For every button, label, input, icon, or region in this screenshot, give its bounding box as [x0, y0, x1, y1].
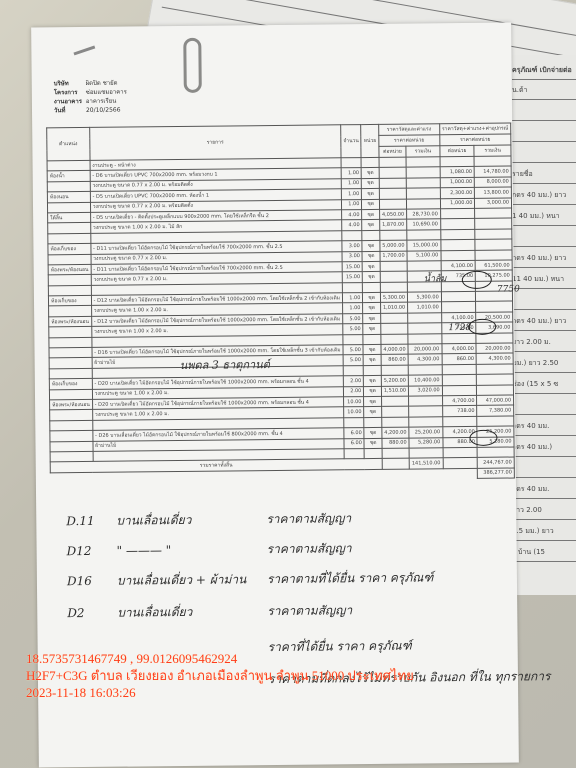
- cell-loc: [50, 441, 93, 452]
- cell-qty: 1.00: [341, 168, 361, 179]
- cell-unit: [363, 282, 381, 293]
- cell-a2: [409, 448, 443, 459]
- cell-loc: [47, 181, 90, 192]
- cell-b1: 2,300.00: [440, 188, 475, 199]
- cell-b1: [440, 219, 475, 230]
- side-row: กดร 40 มม.) ยาว: [512, 316, 576, 331]
- document-header: บริษัท ผิดปิด ชายัดโครงการ ซ่อมแซมอาคารง…: [54, 79, 127, 116]
- cell-b1: [441, 291, 476, 302]
- cell-a2: [406, 167, 440, 178]
- quotation-table: ตำแหน่ง รายการ จำนวน หน่วย ราคาวัสดุและค…: [46, 123, 515, 484]
- cell-loc: [49, 368, 92, 379]
- cell-qty: 6.00: [344, 428, 364, 439]
- paper-clip-icon: [183, 38, 202, 93]
- cell-unit: [364, 417, 382, 428]
- cell-loc: [50, 431, 93, 442]
- cell-unit: ชุด: [364, 438, 382, 449]
- side-row: 1.5 มม.) ยาว: [512, 526, 576, 541]
- cell-a1: [382, 448, 409, 459]
- cell-unit: ชุด: [364, 396, 382, 407]
- col-a-total: รวมเงิน: [406, 146, 440, 157]
- cell-b1: [443, 447, 478, 458]
- cell-unit: ชุด: [362, 189, 380, 200]
- cell-unit: ชุด: [362, 178, 380, 189]
- cell-loc: ห้องพระ/ห้องนอน: [49, 316, 92, 327]
- cell-loc: [48, 233, 91, 244]
- cell-a1: [381, 323, 408, 334]
- cell-b2: 61,500.00: [476, 260, 513, 271]
- col-location: ตำแหน่ง: [47, 127, 90, 160]
- header-value: อาคารเรียน: [86, 98, 117, 105]
- cell-b2: [477, 416, 514, 427]
- side-row: [512, 463, 576, 478]
- cell-b1: [442, 364, 477, 375]
- col-qty: จำนวน: [341, 125, 362, 158]
- geotag-timestamp: 2023-11-18 16:03:26: [26, 684, 414, 701]
- side-row: ช่อง (15 x 5 ซ: [512, 379, 576, 394]
- cell-a2: 3,020.00: [409, 385, 443, 396]
- cell-b2: [475, 239, 512, 250]
- cell-qty: 3.00: [342, 251, 362, 262]
- cell-a2: [406, 157, 440, 168]
- cell-a2: [409, 406, 443, 417]
- cell-b1: 4,700.00: [442, 395, 477, 406]
- col-group-b: ราคาวัสดุ+ค่าแรง+ค่าอุปกรณ์: [439, 123, 510, 135]
- side-row: [512, 127, 576, 142]
- header-value: ซ่อมแซมอาคาร: [86, 89, 127, 96]
- cell-loc: [50, 451, 93, 462]
- cell-b1: [442, 375, 477, 386]
- cell-unit: ชุด: [364, 386, 382, 397]
- geotag-address: H2F7+C3G ตำบล เวียงยอง อำเภอเมืองลำพูน ล…: [26, 667, 414, 684]
- grand-total: 386,277.00: [478, 468, 515, 479]
- side-row: ยาว 2.00: [512, 505, 576, 520]
- cell-a2: [407, 261, 441, 272]
- cell-a1: 4,000.00: [381, 344, 408, 355]
- cell-b2: [475, 218, 512, 229]
- cell-b1: 738.00: [442, 406, 477, 417]
- cell-a1: [379, 168, 406, 179]
- note-item: บานเลื่อนเดี่ยว: [117, 602, 267, 623]
- cell-a1: [381, 334, 408, 345]
- col-description: รายการ: [89, 125, 341, 161]
- header-value: ผิดปิด ชายัด: [86, 80, 118, 87]
- note-text: ราคาตามที่ได้ยื่น ราคา ครุภัณฑ์: [267, 570, 434, 586]
- cell-qty: [344, 417, 364, 428]
- note-text: ราคาตามสัญญา: [267, 541, 352, 556]
- side-row: ร บ้าน (15: [512, 547, 576, 562]
- cell-b2: [477, 447, 514, 458]
- side-row: [512, 400, 576, 415]
- col-unit: หน่วย: [361, 124, 379, 157]
- cell-unit: ชุด: [362, 261, 380, 272]
- cell-unit: [364, 448, 382, 459]
- cell-loc: ห้องพระ/ห้องนอน: [48, 264, 91, 275]
- cell-b2: [477, 374, 514, 385]
- header-field: วันที่ 20/10/2566: [54, 106, 127, 116]
- cell-qty: 1.00: [343, 303, 363, 314]
- subtotal-b: 244,767.00: [478, 457, 515, 468]
- cell-a1: [380, 282, 407, 293]
- cell-b2: [474, 156, 511, 167]
- handwritten-mark: นพดล 3 ธาตุกานต์: [180, 355, 270, 374]
- cell-a1: [379, 188, 406, 199]
- cell-loc: ห้องเก็บของ: [48, 244, 91, 255]
- cell-loc: [49, 327, 92, 338]
- note-code: D.11: [66, 514, 116, 529]
- cell-a2: [406, 178, 440, 189]
- side-row: 11 40 มม.) หนา: [512, 274, 576, 289]
- cell-b2: 47,000.00: [477, 395, 514, 406]
- cell-b2: [475, 229, 512, 240]
- side-row: รายชื่อ: [512, 169, 576, 184]
- cell-loc: [48, 285, 91, 296]
- cell-b2: 14,780.00: [475, 166, 512, 177]
- cell-a2: 5,300.00: [408, 292, 442, 303]
- cell-a1: [380, 230, 407, 241]
- side-row: [512, 106, 576, 121]
- cell-loc: ห้องพระ/ห้องนอน: [50, 399, 93, 410]
- cell-unit: ชุด: [364, 428, 382, 439]
- col-group-b-sub: ราคาต่อหน่วย: [440, 134, 511, 146]
- cell-a1: 4,200.00: [382, 427, 409, 438]
- cell-qty: [344, 449, 364, 460]
- cell-qty: [343, 334, 363, 345]
- cell-unit: ชุด: [362, 241, 380, 252]
- cell-b1: 4,000.00: [442, 343, 477, 354]
- cell-b2: 8,000.00: [475, 177, 512, 188]
- cell-qty: [341, 158, 361, 169]
- cell-a1: 1,700.00: [380, 251, 407, 262]
- cell-b2: [476, 301, 513, 312]
- cell-b2: 4,300.00: [477, 353, 514, 364]
- cell-loc: ห้องน้ำ: [47, 171, 90, 182]
- cell-loc: [47, 202, 90, 213]
- side-row: กดร 40 มม.): [512, 442, 576, 457]
- cell-a2: [407, 229, 441, 240]
- cell-unit: ชุด: [362, 199, 380, 210]
- cell-loc: [49, 389, 92, 400]
- cell-a1: [379, 157, 406, 168]
- cell-loc: [47, 160, 90, 171]
- side-row: [512, 295, 576, 310]
- cell-unit: ชุด: [364, 407, 382, 418]
- cell-unit: ชุด: [363, 344, 381, 355]
- cell-a1: [380, 271, 407, 282]
- cell-qty: 5.00: [343, 313, 363, 324]
- cell-unit: [362, 230, 380, 241]
- cell-a2: [408, 323, 442, 334]
- cell-qty: 1.00: [341, 178, 361, 189]
- col-group-a: ราคาวัสดุและค่าแรง: [379, 124, 440, 136]
- cell-b1: [442, 385, 477, 396]
- cell-b1: [441, 229, 476, 240]
- cell-qty: 10.00: [344, 397, 364, 408]
- cell-b1: [442, 416, 477, 427]
- cell-loc: [49, 337, 92, 348]
- cell-qty: 10.00: [344, 407, 364, 418]
- cell-a1: 1,010.00: [380, 303, 407, 314]
- geotag-overlay: 18.5735731467749 , 99.01260954629​24 H2F…: [26, 650, 414, 701]
- header-key: โครงการ: [54, 88, 84, 97]
- col-a-unit-price: ต่อหน่วย: [379, 146, 406, 157]
- cell-a2: 5,100.00: [407, 250, 441, 261]
- cell-a1: 880.00: [382, 438, 409, 449]
- cell-b1: 1,000.00: [440, 198, 475, 209]
- side-row: [512, 148, 576, 163]
- cell-b2: [475, 250, 512, 261]
- cell-loc: [48, 223, 91, 234]
- cell-a2: [408, 313, 442, 324]
- cell-a2: 25,200.00: [409, 427, 443, 438]
- cell-a1: [381, 406, 408, 417]
- cell-a1: [379, 199, 406, 210]
- cell-unit: ชุด: [362, 209, 380, 220]
- cell-a1: [379, 178, 406, 189]
- cell-b1: [440, 156, 475, 167]
- cell-qty: 15.00: [342, 272, 362, 283]
- note-text: ราคาตามสัญญา: [267, 603, 352, 618]
- cell-qty: 2.00: [343, 386, 363, 397]
- cell-a1: 4,050.00: [379, 209, 406, 220]
- header-key: งานอาคาร: [54, 97, 84, 106]
- cell-unit: ชุด: [364, 376, 382, 387]
- cell-loc: [49, 347, 92, 358]
- cell-qty: 5.00: [343, 355, 363, 366]
- cell-b1: 4,100.00: [441, 260, 476, 271]
- cell-a2: [409, 396, 443, 407]
- cell-a2: [408, 365, 442, 376]
- cell-qty: 6.00: [344, 438, 364, 449]
- cell-a2: 20,000.00: [408, 344, 442, 355]
- side-row: กดร 40 มม.) ยาว: [512, 190, 576, 205]
- note-item: บานเลื่อนเดี่ยว: [116, 510, 266, 531]
- cell-qty: 2.00: [343, 376, 363, 387]
- cell-qty: [343, 365, 363, 376]
- cell-qty: 3.00: [342, 241, 362, 252]
- cell-loc: ห้องนอน: [47, 192, 90, 203]
- cell-a1: [381, 365, 408, 376]
- cell-a1: 1,870.00: [380, 219, 407, 230]
- cell-b1: 1,000.00: [440, 177, 475, 188]
- cell-b1: [440, 208, 475, 219]
- cell-unit: ชุด: [363, 303, 381, 314]
- note-line: D12" ——— "ราคาตามสัญญา: [67, 539, 352, 561]
- note-code: D16: [67, 574, 117, 589]
- side-row: กดร 40 มม.: [512, 484, 576, 499]
- staple: [73, 46, 95, 56]
- cell-a1: 5,000.00: [380, 240, 407, 251]
- header-key: บริษัท: [54, 79, 84, 88]
- note-item: บานเลื่อนเดี่ยว + ผ้าม่าน: [117, 570, 267, 591]
- cell-loc: [49, 306, 92, 317]
- cell-unit: ชุด: [363, 324, 381, 335]
- cell-b1: [441, 240, 476, 251]
- cell-a2: 5,280.00: [409, 437, 443, 448]
- handwritten-mark: น้ำล้ม: [424, 271, 447, 285]
- side-row: น.ต้า: [512, 85, 576, 100]
- cell-b1: 860.00: [442, 354, 477, 365]
- cell-qty: 1.00: [341, 199, 361, 210]
- cell-unit: ชุด: [363, 355, 381, 366]
- cell-qty: [342, 230, 362, 241]
- cell-a1: 1,510.00: [381, 386, 408, 397]
- cell-b1: [441, 302, 476, 313]
- header-key: วันที่: [54, 106, 84, 115]
- cell-a2: 15,000.00: [407, 240, 441, 251]
- col-b-total: รวมเงิน: [474, 145, 511, 156]
- cell-qty: 4.00: [342, 220, 362, 231]
- cell-unit: ชุด: [362, 168, 380, 179]
- side-row: กดร 40 มม.) ยาว: [512, 253, 576, 268]
- cell-b2: 20,000.00: [476, 343, 513, 354]
- cell-qty: 1.00: [341, 189, 361, 200]
- cell-b2: 7,380.00: [477, 405, 514, 416]
- side-row: ขม.) ยาว 2.50: [512, 358, 576, 373]
- handwritten-mark: 7750: [497, 284, 520, 294]
- cell-b1: [441, 250, 476, 261]
- note-line: D.11บานเลื่อนเดี่ยวราคาตามสัญญา: [66, 509, 351, 531]
- cell-b2: 13,800.00: [475, 187, 512, 198]
- cell-unit: ชุด: [362, 220, 380, 231]
- cell-a1: 5,200.00: [381, 375, 408, 386]
- cell-a1: 860.00: [381, 355, 408, 366]
- cell-b2: [477, 364, 514, 375]
- cell-b1: [442, 333, 477, 344]
- cell-unit: [364, 365, 382, 376]
- note-line: D2บานเลื่อนเดี่ยวราคาตามสัญญา: [67, 601, 352, 623]
- side-row: 1 40 มม.) หนา: [512, 211, 576, 226]
- side-row: กดร 40 มม.: [512, 421, 576, 436]
- cell-loc: ห้องเก็บของ: [48, 295, 91, 306]
- cell-loc: ใต้ลิ้น: [48, 212, 91, 223]
- cell-a1: [380, 313, 407, 324]
- col-b-unit-price: ต่อหน่วย: [440, 145, 475, 156]
- cell-unit: ชุด: [363, 272, 381, 283]
- cell-qty: 5.00: [343, 345, 363, 356]
- cell-loc: [50, 420, 93, 431]
- cell-a2: 28,730.00: [407, 209, 441, 220]
- side-row: ยาว 2.00 ม.: [512, 337, 576, 352]
- cell-qty: 5.00: [343, 324, 363, 335]
- cell-a2: [409, 417, 443, 428]
- cell-qty: 15.00: [342, 261, 362, 272]
- cell-b2: [475, 208, 512, 219]
- note-code: D2: [67, 606, 117, 621]
- cell-loc: [50, 410, 93, 421]
- cell-a2: 1,010.00: [408, 302, 442, 313]
- cell-a1: [381, 396, 408, 407]
- side-title: ครุภัณฑ์ เบิกจ่ายต่อ: [512, 65, 576, 80]
- cell-a1: [380, 261, 407, 272]
- cell-loc: ห้องเก็บของ: [49, 379, 92, 390]
- cell-qty: 4.00: [342, 210, 362, 221]
- cell-qty: 1.00: [342, 293, 362, 304]
- cell-b2: [477, 385, 514, 396]
- cell-loc: [48, 275, 91, 286]
- cell-qty: [342, 282, 362, 293]
- side-row: [512, 232, 576, 247]
- cell-a1: [382, 417, 409, 428]
- cell-a2: 4,300.00: [408, 354, 442, 365]
- cell-b1: 1,080.00: [440, 167, 475, 178]
- cell-loc: [48, 254, 91, 265]
- note-line: D16บานเลื่อนเดี่ยว + ผ้าม่านราคาตามที่ได…: [67, 568, 434, 591]
- geotag-coordinates: 18.5735731467749 , 99.01260954629​24: [26, 650, 414, 667]
- note-text: ราคาตามสัญญา: [266, 511, 351, 526]
- cell-a2: [408, 333, 442, 344]
- cell-unit: [361, 157, 379, 168]
- cell-a2: [407, 198, 441, 209]
- cell-a1: 5,300.00: [380, 292, 407, 303]
- subtotal-a: 141,510.00: [409, 458, 443, 469]
- cell-a2: 10,400.00: [408, 375, 442, 386]
- note-code: D12: [67, 544, 117, 559]
- col-group-a-sub: ราคาต่อหน่วย: [379, 135, 440, 147]
- cell-b2: 3,000.00: [475, 198, 512, 209]
- cell-loc: [49, 358, 92, 369]
- cell-a2: [406, 188, 440, 199]
- cell-unit: [363, 334, 381, 345]
- cell-unit: ชุด: [363, 292, 381, 303]
- cell-unit: ชุด: [362, 251, 380, 262]
- header-value: 20/10/2566: [86, 107, 121, 114]
- note-item: " ——— ": [117, 542, 267, 558]
- cell-a2: 10,690.00: [407, 219, 441, 230]
- cell-unit: ชุด: [363, 313, 381, 324]
